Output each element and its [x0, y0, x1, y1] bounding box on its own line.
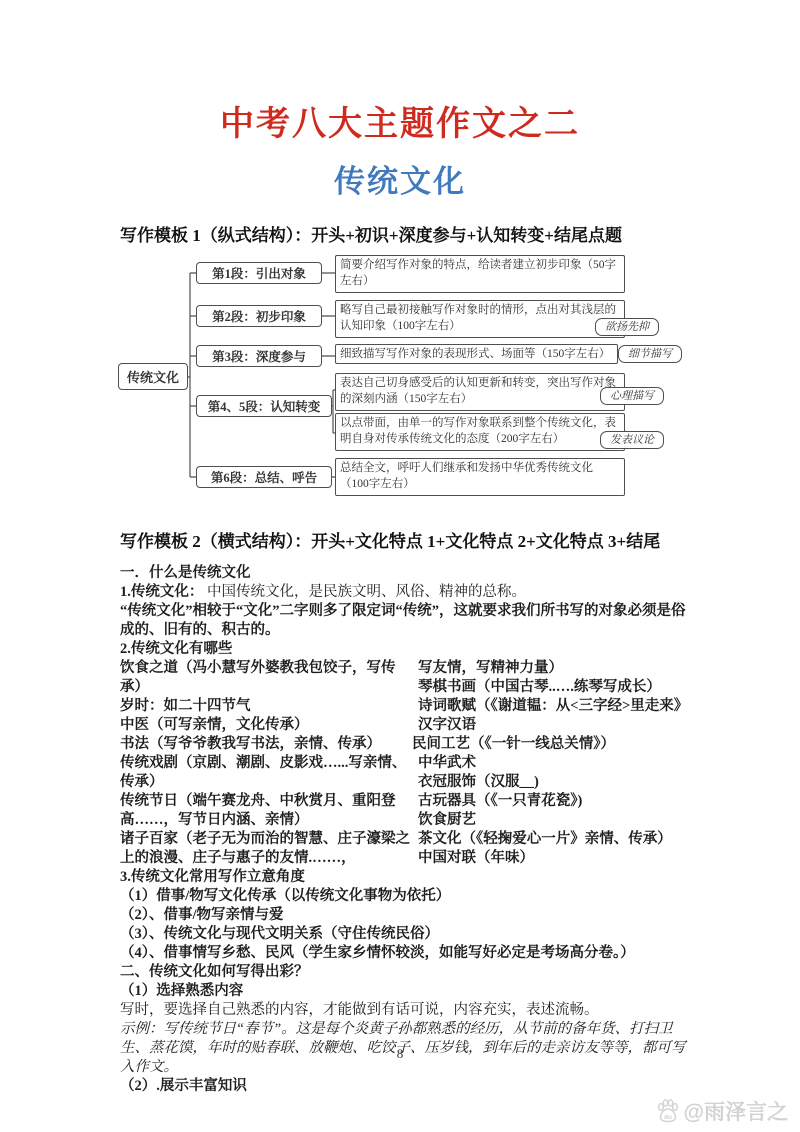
angle-item: （3）、传统文化与现代文明关系（守住传统民俗）	[120, 925, 696, 944]
definition-line: 1.传统文化： 中国传统文化，是民族文明、风俗、精神的总称。	[120, 583, 696, 602]
watermark-handle: @雨泽言之	[684, 1096, 788, 1126]
list-item: 民间工艺（《一针一线总关情》）	[412, 735, 696, 754]
list-item: 汉字汉语	[418, 716, 696, 735]
diagram-desc6-box: 总结全文，呼吁人们继承和发扬中华优秀传统文化（100字左右）	[335, 458, 625, 496]
section3-title: 3.传统文化常用写作立意角度	[120, 868, 696, 887]
page-subtitle: 传统文化	[0, 156, 800, 201]
point1-text: 写时，要选择自己熟悉的内容，才能做到有话可说，内容充实，表述流畅。	[120, 1001, 696, 1020]
baidu-du-text: du	[664, 1114, 672, 1121]
diagram-desc1-box: 简要介绍写作对象的特点，给读者建立初步印象（50字左右）	[335, 255, 625, 293]
page-title: 中考八大主题作文之二	[0, 96, 800, 145]
diagram-tag4-badge: 心理描写	[600, 387, 664, 405]
diagram-stage45-node: 第4、5段：认知转变	[196, 395, 332, 417]
baidu-paw-icon: du	[655, 1098, 681, 1124]
list-item: 琴棋书画（中国古琴..….练琴写成长）	[418, 678, 696, 697]
diagram-stage2-node: 第2段：初步印象	[196, 305, 322, 327]
list-item: 饮食之道（冯小慧写外婆教我包饺子，写传承）	[120, 659, 412, 697]
angle-item: （4）、借事情写乡愁、民风（学生家乡情怀较淡，如能写好必定是考场高分卷。）	[120, 944, 696, 963]
list-item: 饮食厨艺	[418, 811, 696, 830]
diagram-stage6-node: 第6段：总结、呼告	[196, 466, 332, 488]
angle-item: （2）、借事/物写亲情与爱	[120, 906, 696, 925]
list-item: 写友情，写精神力量）	[418, 659, 696, 678]
sectionB-title: 二、传统文化如何写得出彩？	[120, 963, 696, 982]
culture-list-left: 饮食之道（冯小慧写外婆教我包饺子，写传承） 岁时：如二十四节气 中医（可写亲情，…	[120, 659, 412, 868]
list-item: 衣冠服饰（汉服__)	[418, 773, 696, 792]
diagram-tag3-badge: 细节描写	[618, 345, 682, 363]
definition-rest: 中国传统文化，是民族文明、风俗、精神的总称。	[203, 584, 526, 600]
list-item: 诗词歌赋（《谢道韫：从<三字经>里走来》	[418, 697, 696, 716]
page-number: 8	[0, 1046, 800, 1062]
template1-heading: 写作模板 1（纵式结构）：开头+初识+深度参与+认知转变+结尾点题	[120, 221, 720, 246]
list-item: 岁时：如二十四节气	[120, 697, 412, 716]
angle-item: （1）借事/物写文化传承（以传统文化事物为依托）	[120, 887, 696, 906]
section2-title: 2.传统文化有哪些	[120, 640, 696, 659]
list-item: 诸子百家（老子无为而治的智慧、庄子濠梁之上的浪漫、庄子与惠子的友情.……，	[120, 830, 412, 868]
list-item: 传统节日（端午赛龙舟、中秋赏月、重阳登高……，写节日内涵、亲情）	[120, 792, 412, 830]
diagram-stage3-node: 第3段：深度参与	[196, 345, 322, 367]
diagram-desc3-box: 细致描写写作对象的表现形式、场面等（150字左右）	[335, 344, 618, 364]
diagram-root-node: 传统文化	[118, 363, 188, 390]
template2-heading: 写作模板 2（横式结构）：开头+文化特点 1+文化特点 2+文化特点 3+结尾	[120, 527, 720, 552]
list-item: 古玩器具（《一只青花瓷》)	[418, 792, 696, 811]
diagram-tag2-badge: 欲扬先抑	[595, 318, 659, 336]
list-item: 茶文化（《轻掬爱心一片》亲情、传承）	[418, 830, 696, 849]
diagram-desc5-box: 以点带面，由单一的写作对象联系到整个传统文化，表明自身对传承传统文化的态度（20…	[335, 413, 625, 451]
diagram-stage1-node: 第1段：引出对象	[196, 262, 322, 284]
list-item: 传统戏剧（京剧、潮剧、皮影戏…...写亲情、传承）	[120, 754, 412, 792]
list-item: 中国对联（年味）	[418, 849, 696, 868]
culture-list-columns: 饮食之道（冯小慧写外婆教我包饺子，写传承） 岁时：如二十四节气 中医（可写亲情，…	[120, 659, 696, 868]
document-page: 中考八大主题作文之二 传统文化 写作模板 1（纵式结构）：开头+初识+深度参与+…	[0, 0, 800, 1132]
diagram-desc4-box: 表达自己切身感受后的认知更新和转变，突出写作对象的深刻内涵（150字左右）	[335, 373, 625, 411]
section1-title: 一．什么是传统文化	[120, 564, 696, 583]
diagram-desc2-box: 略写自己最初接触写作对象时的情形，点出对其浅层的认知印象（100字左右）	[335, 300, 625, 338]
definition-note: “传统文化”相较于“文化”二字则多了限定词“传统”，这就要求我们所书写的对象必须…	[120, 602, 696, 640]
list-item: 书法（写爷爷教我写书法，亲情、传承）	[120, 735, 412, 754]
culture-list-right: 写友情，写精神力量） 琴棋书画（中国古琴..….练琴写成长） 诗词歌赋（《谢道韫…	[412, 659, 696, 868]
body-text-block: 一．什么是传统文化 1.传统文化： 中国传统文化，是民族文明、风俗、精神的总称。…	[120, 564, 696, 1096]
list-item: 中华武术	[418, 754, 696, 773]
list-item: 中医（可写亲情，文化传承）	[120, 716, 412, 735]
watermark: du @雨泽言之	[655, 1096, 788, 1126]
point2-title: （2）.展示丰富知识	[120, 1077, 696, 1096]
template1-diagram: 传统文化 第1段：引出对象 第2段：初步印象 第3段：深度参与 第4、5段：认知…	[118, 252, 678, 504]
diagram-tag5-badge: 发表议论	[600, 431, 664, 449]
point1-title: （1）选择熟悉内容	[120, 982, 696, 1001]
definition-lead: 1.传统文化：	[120, 584, 203, 600]
